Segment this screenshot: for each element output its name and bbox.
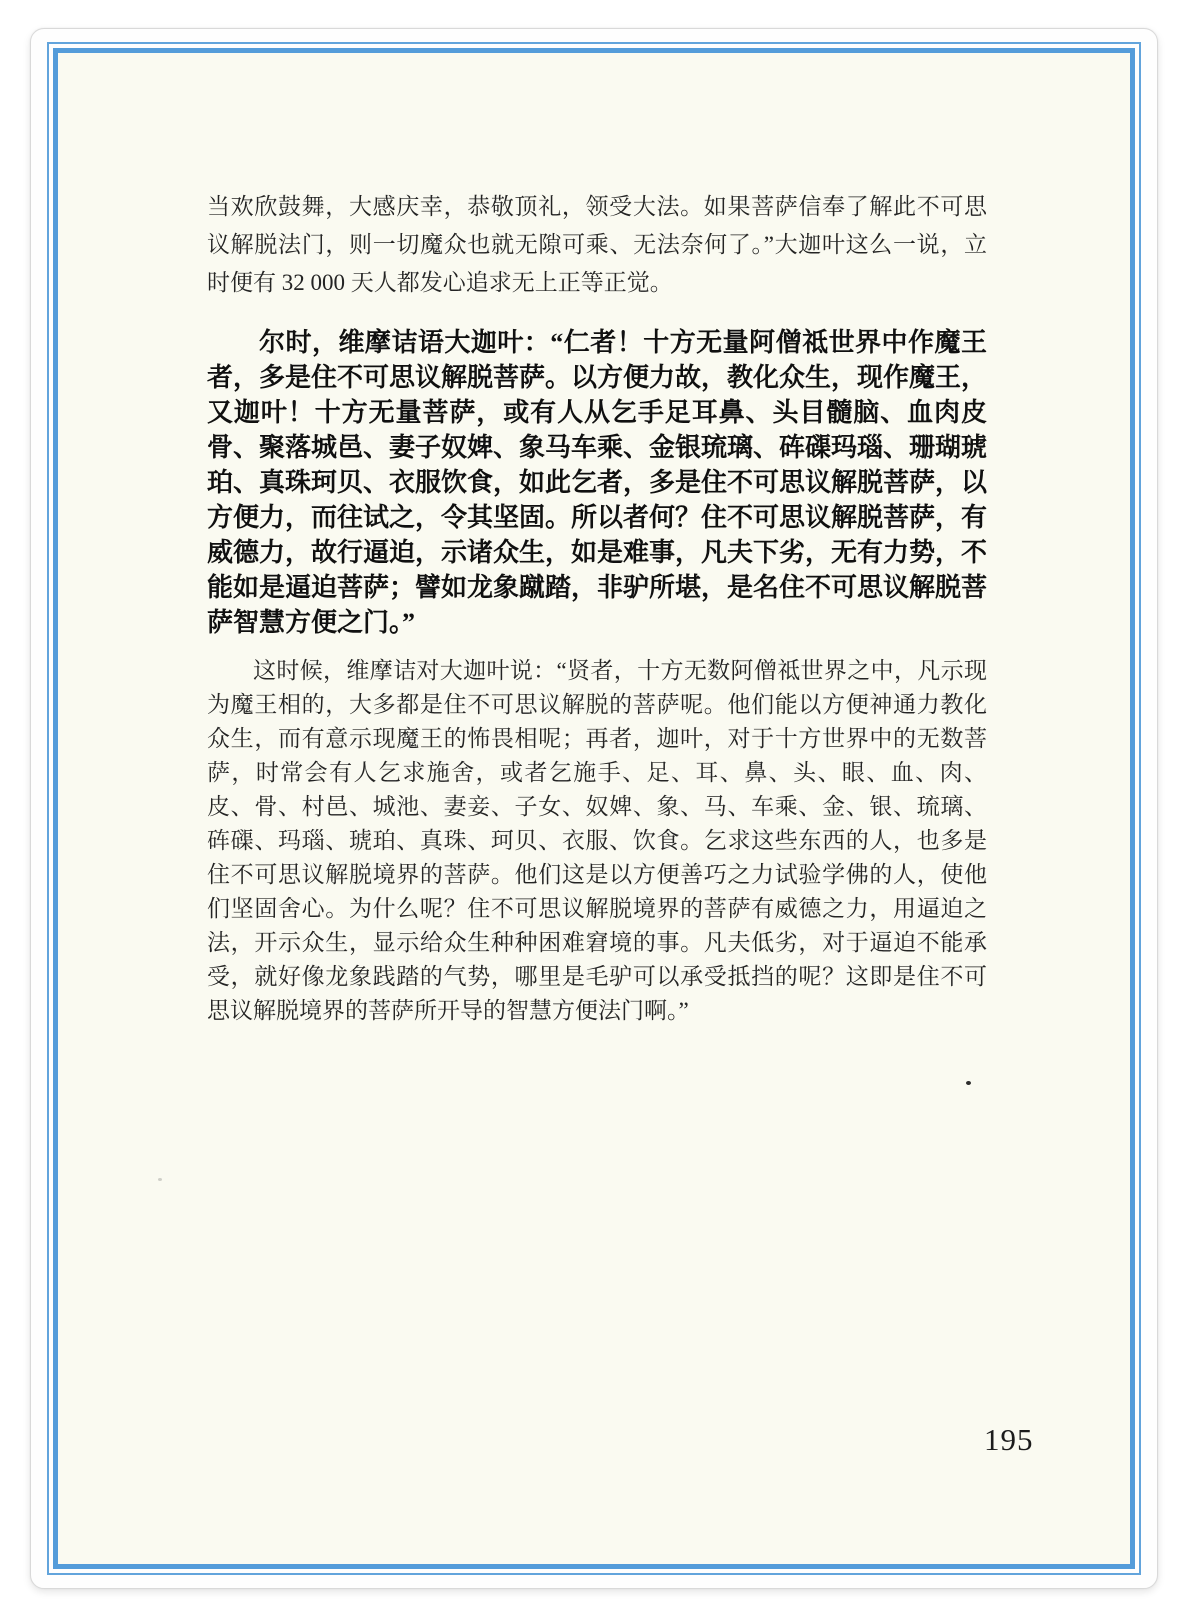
paragraph-sutra-original: 尔时，维摩诘语大迦叶：“仁者！十方无量阿僧祗世界中作魔王者，多是住不可思议解脱菩… — [207, 325, 987, 640]
text-block: 当欢欣鼓舞，大感庆幸，恭敬顶礼，领受大法。如果菩萨信奉了解此不可思议解脱法门，则… — [207, 188, 987, 1028]
paragraph-translation-continued: 当欢欣鼓舞，大感庆幸，恭敬顶礼，领受大法。如果菩萨信奉了解此不可思议解脱法门，则… — [207, 188, 987, 302]
scan-speck — [966, 1081, 971, 1085]
paragraph-translation: 这时候，维摩诘对大迦叶说：“贤者，十方无数阿僧祗世界之中，凡示现为魔王相的，大多… — [207, 654, 987, 1028]
scan-speck-faint — [158, 1178, 162, 1181]
page-number: 195 — [984, 1420, 1034, 1460]
